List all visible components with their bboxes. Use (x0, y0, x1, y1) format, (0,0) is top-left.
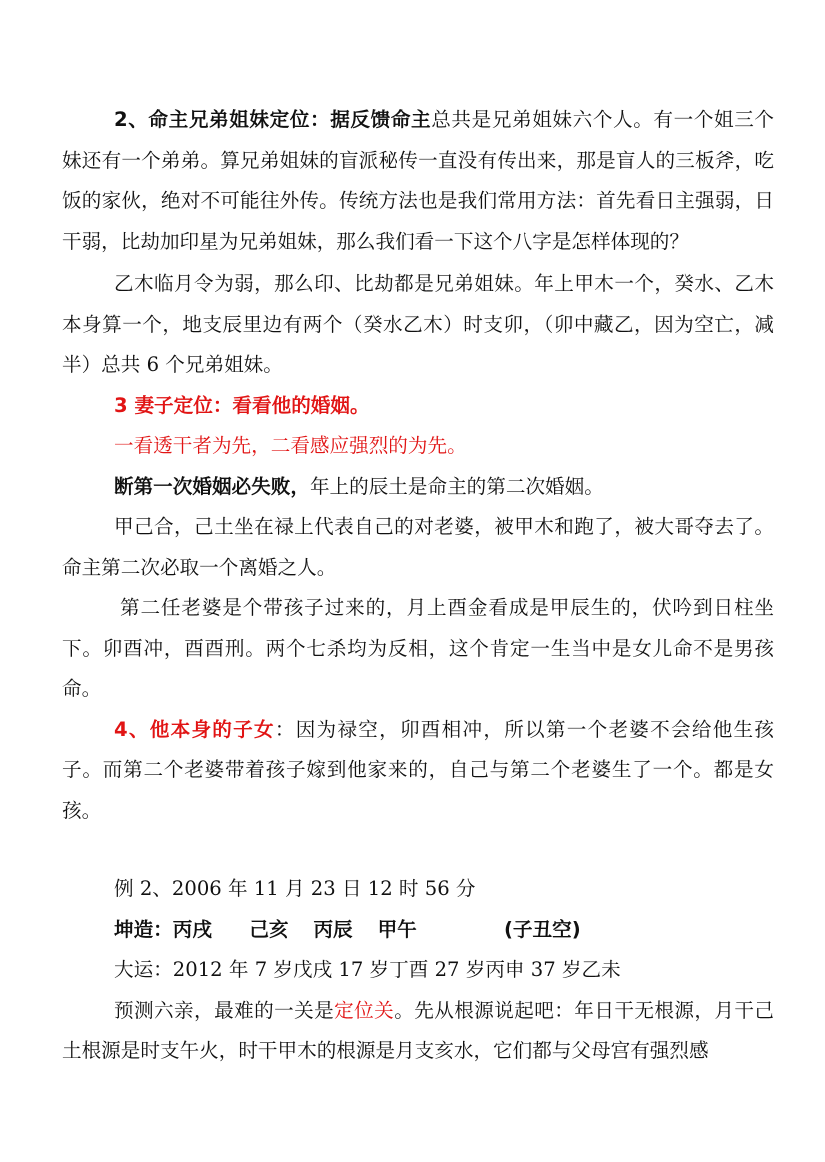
paragraph-first-marriage: 断第一次婚姻必失败，年上的辰土是命主的第二次婚姻。 (62, 467, 774, 508)
paragraph-jiaji-he: 甲己合，己土坐在禄上代表自己的对老婆，被甲木和跑了，被大哥夺去了。命主第二次必取… (62, 507, 774, 588)
pillar-hour: 甲午 (378, 918, 417, 941)
paragraph-text: 预测六亲，最难的一关是 (114, 999, 334, 1022)
paragraph-siblings-analysis: 乙木临月令为弱，那么印、比劫都是兄弟姐妹。年上甲木一个，癸水、乙木本身算一个，地… (62, 264, 774, 386)
section-heading-siblings: 2、命主兄弟姐妹定位：据反馈命主 (114, 108, 431, 131)
kongwang-note: (子丑空) (504, 918, 581, 941)
dayun-line: 大运：2012 年 7 岁戊戌 17 岁丁酉 27 岁丙申 37 岁乙未 (62, 950, 774, 991)
paragraph-text: 乙木临月令为弱，那么印、比劫都是兄弟姐妹。年上甲木一个，癸水、乙木本身算一个，地… (62, 272, 774, 376)
bold-statement: 断第一次婚姻必失败， (114, 475, 310, 498)
section-heading-wife: 3 妻子定位：看看他的婚姻。 (62, 386, 774, 427)
paragraph-text: 年上的辰土是命主的第二次婚姻。 (310, 475, 604, 498)
highlight-dingweiguan: 定位关 (334, 999, 394, 1022)
spacer (62, 831, 774, 869)
paragraph-second-wife: 第二任老婆是个带孩子过来的，月上酉金看成是甲辰生的，伏吟到日柱坐下。卯酉冲，酉酉… (62, 588, 774, 710)
paragraph-siblings: 2、命主兄弟姐妹定位：据反馈命主总共是兄弟姐妹六个人。有一个姐三个妹还有一个弟弟… (62, 100, 774, 262)
document-page: 2、命主兄弟姐妹定位：据反馈命主总共是兄弟姐妹六个人。有一个姐三个妹还有一个弟弟… (62, 100, 774, 1072)
example-title: 例 2、2006 年 11 月 23 日 12 时 56 分 (62, 869, 774, 910)
paragraph-wife-rule: 一看透干者为先，二看感应强烈的为先。 (62, 426, 774, 467)
section-heading-children: 4、他本身的子女 (114, 718, 275, 741)
chart-label: 坤造： (114, 918, 173, 941)
pillar-day: 丙辰 (313, 918, 352, 941)
bazi-chart-row: 坤造：丙戌 己亥 丙辰 甲午 (子丑空) (62, 910, 774, 951)
paragraph-analysis: 预测六亲，最难的一关是定位关。先从根源说起吧：年日干无根源，月干己土根源是时支午… (62, 991, 774, 1072)
pillar-month: 己亥 (249, 918, 288, 941)
pillar-year: 丙戌 (173, 918, 212, 941)
paragraph-children: 4、他本身的子女：因为禄空，卯酉相冲，所以第一个老婆不会给他生孩子。而第二个老婆… (62, 710, 774, 832)
